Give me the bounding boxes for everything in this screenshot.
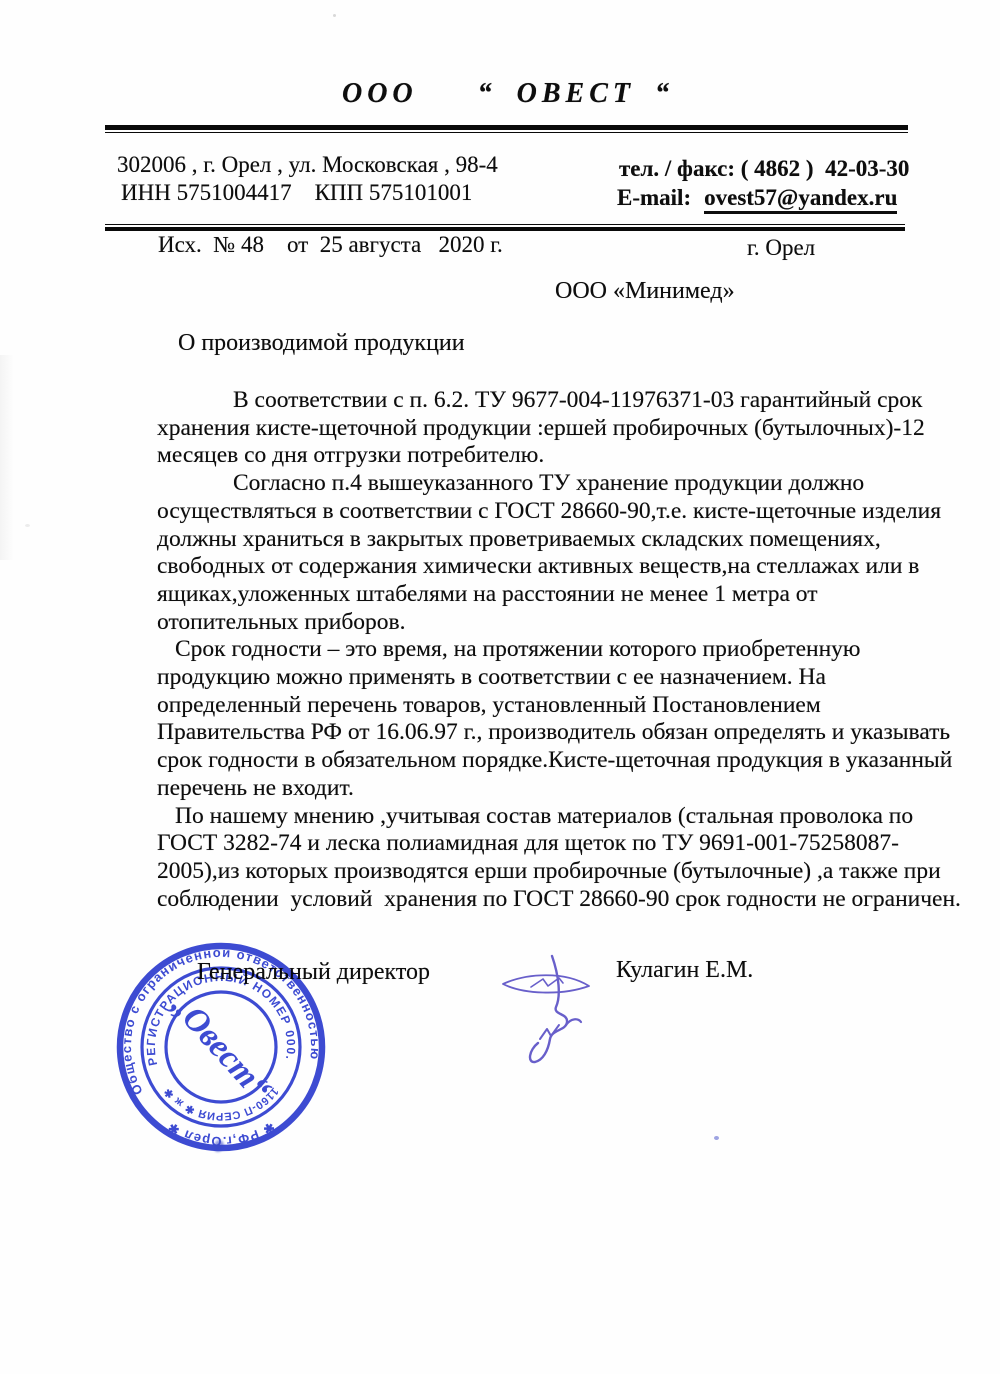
- top-divider-thick: [105, 125, 908, 130]
- letter-body: В соответствии с п. 6.2. ТУ 9677-004-119…: [157, 387, 997, 913]
- scanned-letter-page: ООО “ ОВЕСТ “ 302006 , г. Орел , ул. Мос…: [0, 0, 1000, 1374]
- body-line: ГОСТ 3282-74 и леска полиамидная для щет…: [157, 830, 997, 858]
- email-address: ovest57@yandex.ru: [704, 185, 897, 214]
- company-phone-fax: тел. / факс: ( 4862 ) 42-03-30: [619, 156, 909, 182]
- body-line: месяцев со дня отгрузки потребителю.: [157, 442, 997, 470]
- scan-speck-gray: [25, 524, 30, 527]
- body-line: По нашему мнению ,учитывая состав матери…: [157, 803, 997, 831]
- second-divider-thin: [105, 224, 905, 226]
- body-line: Согласно п.4 вышеуказанного ТУ хранение …: [157, 470, 997, 498]
- signature-tilde: [566, 1019, 581, 1025]
- signatory-name: Кулагин Е.М.: [616, 957, 753, 984]
- body-line: определенный перечень товаров, установле…: [157, 692, 997, 720]
- body-line: ящиках,уложенных штабелями на расстоянии…: [157, 581, 997, 609]
- body-line: 2005),из которых производятся ерши проби…: [157, 858, 997, 886]
- scan-speck-blue: [714, 1136, 719, 1140]
- company-address: 302006 , г. Орел , ул. Московская , 98-4: [117, 152, 498, 178]
- scan-edge-shadow: [0, 355, 14, 560]
- body-line: осуществляться в соответствии с ГОСТ 286…: [157, 498, 997, 526]
- top-divider-thin: [105, 132, 908, 134]
- email-label: E-mail:: [617, 185, 691, 210]
- handwritten-signature: [495, 946, 605, 1071]
- body-line: должны храниться в закрытых проветриваем…: [157, 526, 997, 554]
- city-label: г. Орел: [747, 235, 815, 261]
- body-line: соблюдении условий хранения по ГОСТ 2866…: [157, 886, 997, 914]
- scan-speck-gray: [333, 14, 336, 17]
- body-line: свободных от содержания химически активн…: [157, 553, 997, 581]
- body-line: перечень не входит.: [157, 775, 997, 803]
- body-line: Правительства РФ от 16.06.97 г., произво…: [157, 719, 997, 747]
- body-line: продукцию можно применять в соответствии…: [157, 664, 997, 692]
- company-title: ООО “ ОВЕСТ “: [8, 78, 1000, 110]
- body-line: хранения кисте-щеточной продукции :ершей…: [157, 415, 997, 443]
- second-divider-thick: [105, 227, 905, 232]
- company-inn-kpp: ИНН 5751004417 КПП 575101001: [121, 180, 472, 206]
- body-line: Срок годности – это время, на протяжении…: [157, 636, 997, 664]
- signature-main-stroke: [530, 956, 567, 1062]
- body-line: В соответствии с п. 6.2. ТУ 9677-004-119…: [157, 387, 997, 415]
- company-email-line: E-mail:ovest57@yandex.ru: [617, 185, 897, 211]
- subject-line: О производимой продукции: [178, 330, 465, 357]
- outgoing-number-date: Исх. № 48 от 25 августа 2020 г.: [158, 232, 503, 258]
- company-round-stamp: Общество с ограниченной ответственностью…: [112, 938, 330, 1156]
- stamp-center-name: „Овест“: [164, 987, 278, 1108]
- body-line: отопительных приборов.: [157, 609, 997, 637]
- body-line: срок годности в обязательном порядке.Кис…: [157, 747, 997, 775]
- recipient-name: ООО «Минимед»: [555, 278, 735, 305]
